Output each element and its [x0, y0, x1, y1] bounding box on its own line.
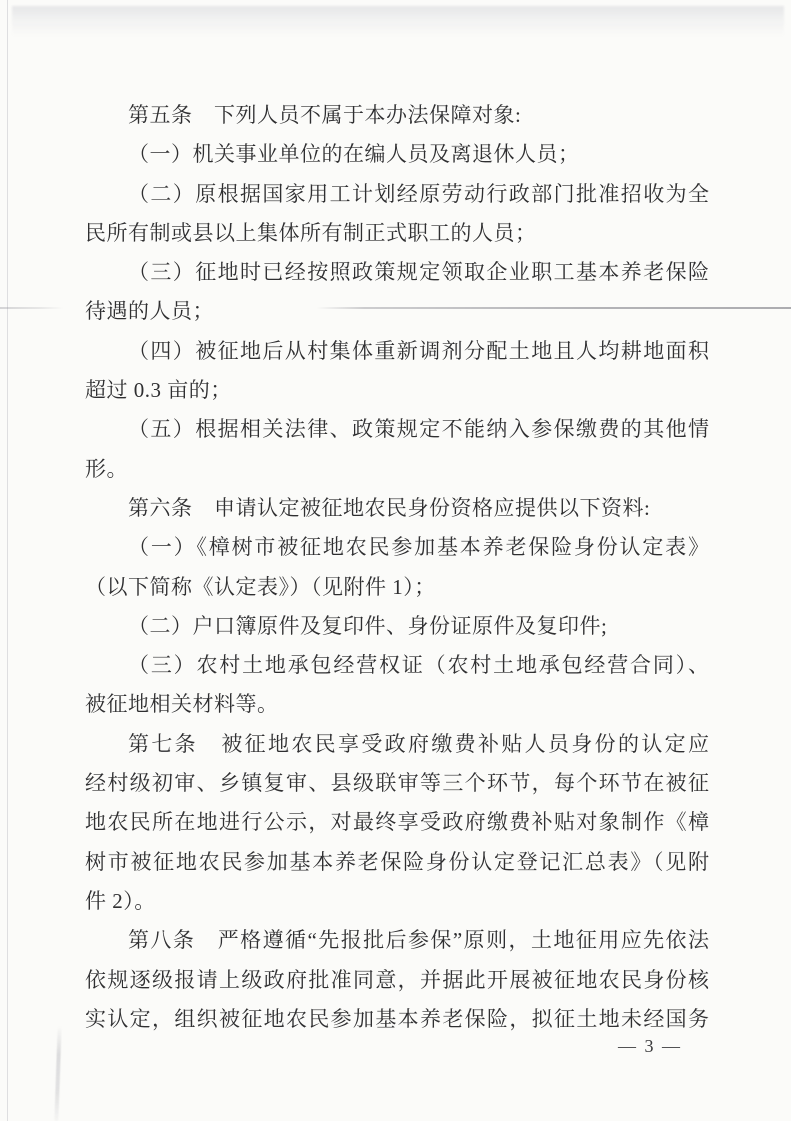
- scan-artifact-left-edge: [7, 0, 8, 1121]
- document-text-line: （五）根据相关法律、政策规定不能纳入参保缴费的其他情: [85, 410, 709, 449]
- document-body-text: 第五条 下列人员不属于本办法保障对象:（一）机关事业单位的在编人员及离退休人员；…: [85, 96, 709, 1039]
- document-text-line: （二）原根据国家用工计划经原劳动行政部门批准招收为全: [85, 175, 709, 214]
- document-text-line: （以下简称《认定表》）（见附件 1）；: [85, 568, 709, 607]
- scanned-document-page: 第五条 下列人员不属于本办法保障对象:（一）机关事业单位的在编人员及离退休人员；…: [0, 0, 791, 1121]
- document-text-line: 第六条 申请认定被征地农民身份资格应提供以下资料:: [85, 489, 709, 528]
- document-text-line: 第五条 下列人员不属于本办法保障对象:: [85, 96, 709, 135]
- document-text-line: 待遇的人员；: [85, 292, 709, 331]
- document-text-line: （三）征地时已经按照政策规定领取企业职工基本养老保险: [85, 253, 709, 292]
- scan-artifact-top-shadow: [12, 6, 784, 36]
- document-text-line: 第七条 被征地农民享受政府缴费补贴人员身份的认定应: [85, 725, 709, 764]
- document-text-line: （三）农村土地承包经营权证（农村土地承包经营合同）、: [85, 646, 709, 685]
- document-text-line: （四）被征地后从村集体重新调剂分配土地且人均耕地面积: [85, 332, 709, 371]
- scan-artifact-smudge: [54, 1026, 61, 1121]
- document-text-line: 被征地相关材料等。: [85, 685, 709, 724]
- document-text-line: 民所有制或县以上集体所有制正式职工的人员；: [85, 214, 709, 253]
- document-text-line: 经村级初审、乡镇复审、县级联审等三个环节，每个环节在被征: [85, 764, 709, 803]
- page-number: — 3 —: [618, 1035, 708, 1057]
- document-text-line: 第八条 严格遵循“先报批后参保”原则，土地征用应先依法: [85, 921, 709, 960]
- document-text-line: 形。: [85, 450, 709, 489]
- document-text-line: 件 2）。: [85, 882, 709, 921]
- document-text-line: 地农民所在地进行公示，对最终享受政府缴费补贴对象制作《樟: [85, 803, 709, 842]
- document-text-line: 树市被征地农民参加基本养老保险身份认定登记汇总表》（见附: [85, 843, 709, 882]
- document-text-line: （一）《樟树市被征地农民参加基本养老保险身份认定表》: [85, 528, 709, 567]
- document-text-line: 实认定，组织被征地农民参加基本养老保险，拟征土地未经国务: [85, 1000, 709, 1039]
- document-text-line: 超过 0.3 亩的；: [85, 371, 709, 410]
- document-text-line: 依规逐级报请上级政府批准同意，并据此开展被征地农民身份核: [85, 961, 709, 1000]
- document-text-line: （二）户口簿原件及复印件、身份证原件及复印件;: [85, 607, 709, 646]
- document-text-line: （一）机关事业单位的在编人员及离退休人员；: [85, 135, 709, 174]
